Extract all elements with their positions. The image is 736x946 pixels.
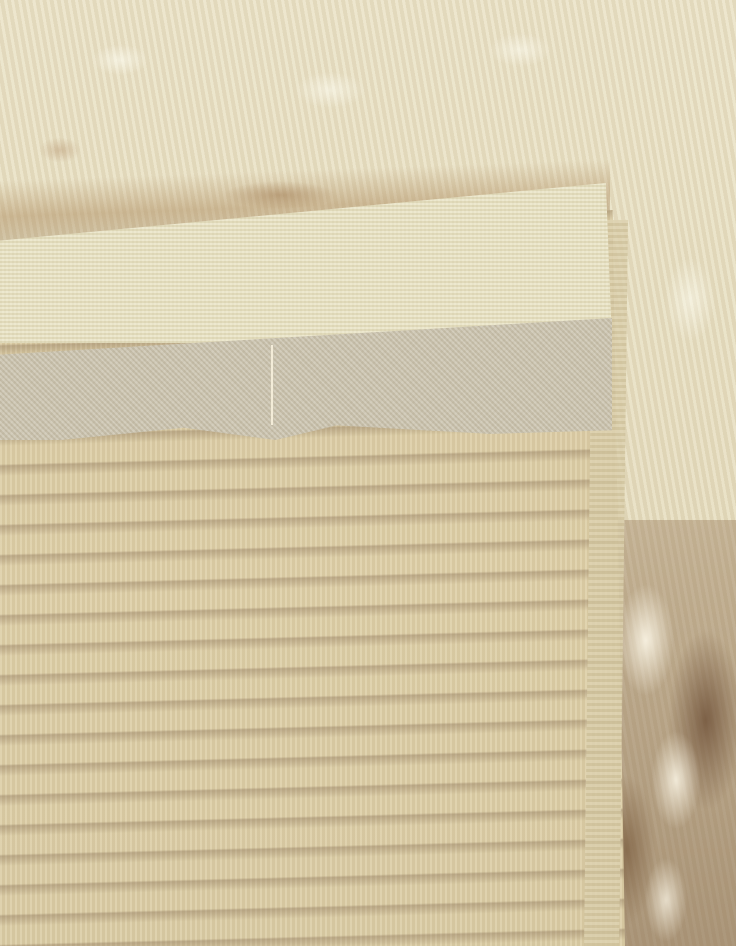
loose-thread	[271, 345, 273, 425]
dark-pile-tufts	[606, 520, 736, 946]
rug-photo	[0, 0, 736, 946]
